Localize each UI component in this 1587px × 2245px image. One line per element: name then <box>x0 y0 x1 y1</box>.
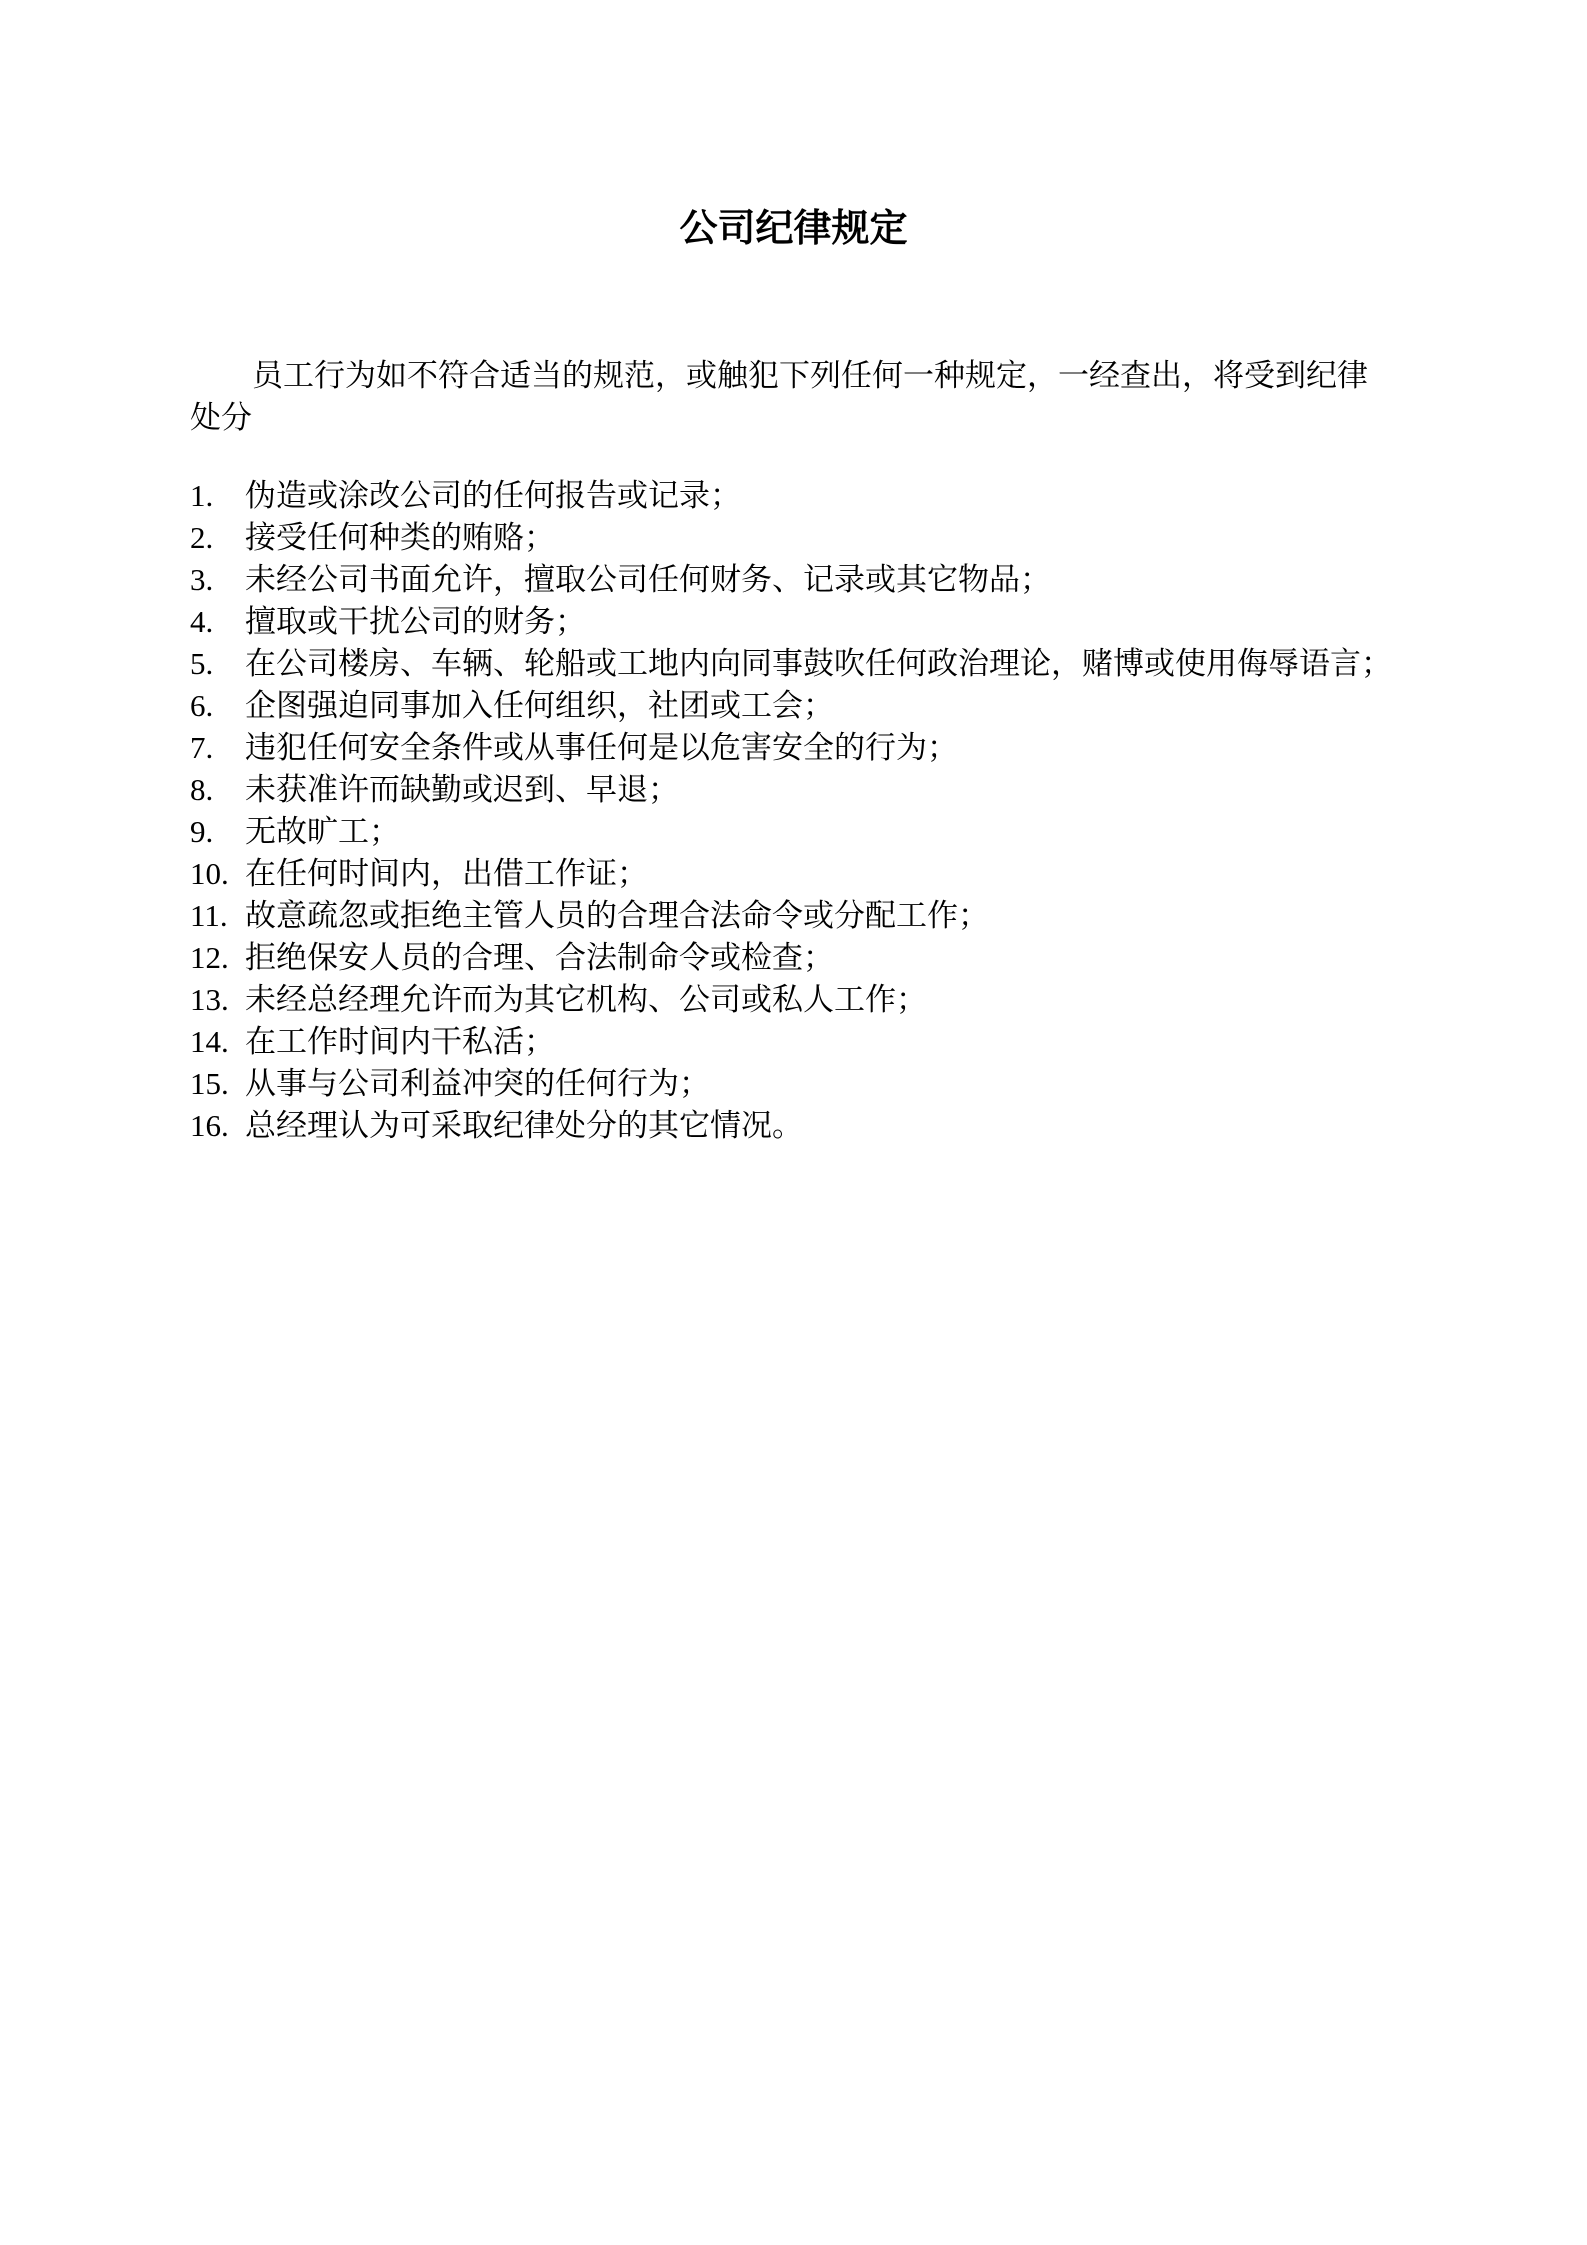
rule-text: 接受任何种类的贿赂； <box>245 517 1405 559</box>
rule-number: 15. <box>190 1063 245 1105</box>
rule-item: 16. 总经理认为可采取纪律处分的其它情况。 <box>190 1105 1405 1147</box>
rule-number: 9. <box>190 811 245 853</box>
rule-number: 7. <box>190 727 245 769</box>
rule-item: 15. 从事与公司利益冲突的任何行为； <box>190 1063 1405 1105</box>
rule-item: 8. 未获准许而缺勤或迟到、早退； <box>190 769 1405 811</box>
rule-number: 12. <box>190 937 245 979</box>
rule-item: 7. 违犯任何安全条件或从事任何是以危害安全的行为； <box>190 727 1405 769</box>
rule-number: 14. <box>190 1021 245 1063</box>
rule-text: 总经理认为可采取纪律处分的其它情况。 <box>245 1105 1405 1147</box>
rule-item: 14. 在工作时间内干私活； <box>190 1021 1405 1063</box>
rule-text: 拒绝保安人员的合理、合法制命令或检查； <box>245 937 1405 979</box>
rule-number: 5. <box>190 643 245 685</box>
rule-number: 13. <box>190 979 245 1021</box>
rule-text: 从事与公司利益冲突的任何行为； <box>245 1063 1405 1105</box>
rule-text: 未获准许而缺勤或迟到、早退； <box>245 769 1405 811</box>
rule-item: 2. 接受任何种类的贿赂； <box>190 517 1405 559</box>
rule-text: 在任何时间内，出借工作证； <box>245 853 1405 895</box>
rule-item: 5. 在公司楼房、车辆、轮船或工地内向同事鼓吹任何政治理论，赌博或使用侮辱语言； <box>190 643 1405 685</box>
rule-number: 1. <box>190 475 245 517</box>
rules-list: 1. 伪造或涂改公司的任何报告或记录； 2. 接受任何种类的贿赂； 3. 未经公… <box>190 475 1405 1147</box>
rule-text: 伪造或涂改公司的任何报告或记录； <box>245 475 1405 517</box>
rule-number: 16. <box>190 1105 245 1147</box>
rule-number: 6. <box>190 685 245 727</box>
rule-text: 企图强迫同事加入任何组织，社团或工会； <box>245 685 1405 727</box>
document-title: 公司纪律规定 <box>0 0 1587 255</box>
document-page: 公司纪律规定 员工行为如不符合适当的规范，或触犯下列任何一种规定，一经查出，将受… <box>0 0 1587 2245</box>
rule-item: 10. 在任何时间内，出借工作证； <box>190 853 1405 895</box>
rule-text: 在工作时间内干私活； <box>245 1021 1405 1063</box>
rule-item: 11. 故意疏忽或拒绝主管人员的合理合法命令或分配工作； <box>190 895 1405 937</box>
rule-number: 8. <box>190 769 245 811</box>
rule-text: 违犯任何安全条件或从事任何是以危害安全的行为； <box>245 727 1405 769</box>
rule-number: 4. <box>190 601 245 643</box>
rule-item: 1. 伪造或涂改公司的任何报告或记录； <box>190 475 1405 517</box>
intro-paragraph: 员工行为如不符合适当的规范，或触犯下列任何一种规定，一经查出，将受到纪律处分 <box>190 355 1395 439</box>
rule-item: 6. 企图强迫同事加入任何组织，社团或工会； <box>190 685 1405 727</box>
rule-item: 9. 无故旷工； <box>190 811 1405 853</box>
rule-text: 未经公司书面允许，擅取公司任何财务、记录或其它物品； <box>245 559 1405 601</box>
rule-number: 3. <box>190 559 245 601</box>
rule-item: 4. 擅取或干扰公司的财务； <box>190 601 1405 643</box>
rule-number: 11. <box>190 895 245 937</box>
rule-number: 10. <box>190 853 245 895</box>
rule-item: 3. 未经公司书面允许，擅取公司任何财务、记录或其它物品； <box>190 559 1405 601</box>
rule-text: 擅取或干扰公司的财务； <box>245 601 1405 643</box>
rule-text: 未经总经理允许而为其它机构、公司或私人工作； <box>245 979 1405 1021</box>
rule-text: 无故旷工； <box>245 811 1405 853</box>
rule-item: 12. 拒绝保安人员的合理、合法制命令或检查； <box>190 937 1405 979</box>
rule-text: 在公司楼房、车辆、轮船或工地内向同事鼓吹任何政治理论，赌博或使用侮辱语言； <box>245 643 1405 685</box>
rule-item: 13. 未经总经理允许而为其它机构、公司或私人工作； <box>190 979 1405 1021</box>
rule-text: 故意疏忽或拒绝主管人员的合理合法命令或分配工作； <box>245 895 1405 937</box>
rule-number: 2. <box>190 517 245 559</box>
